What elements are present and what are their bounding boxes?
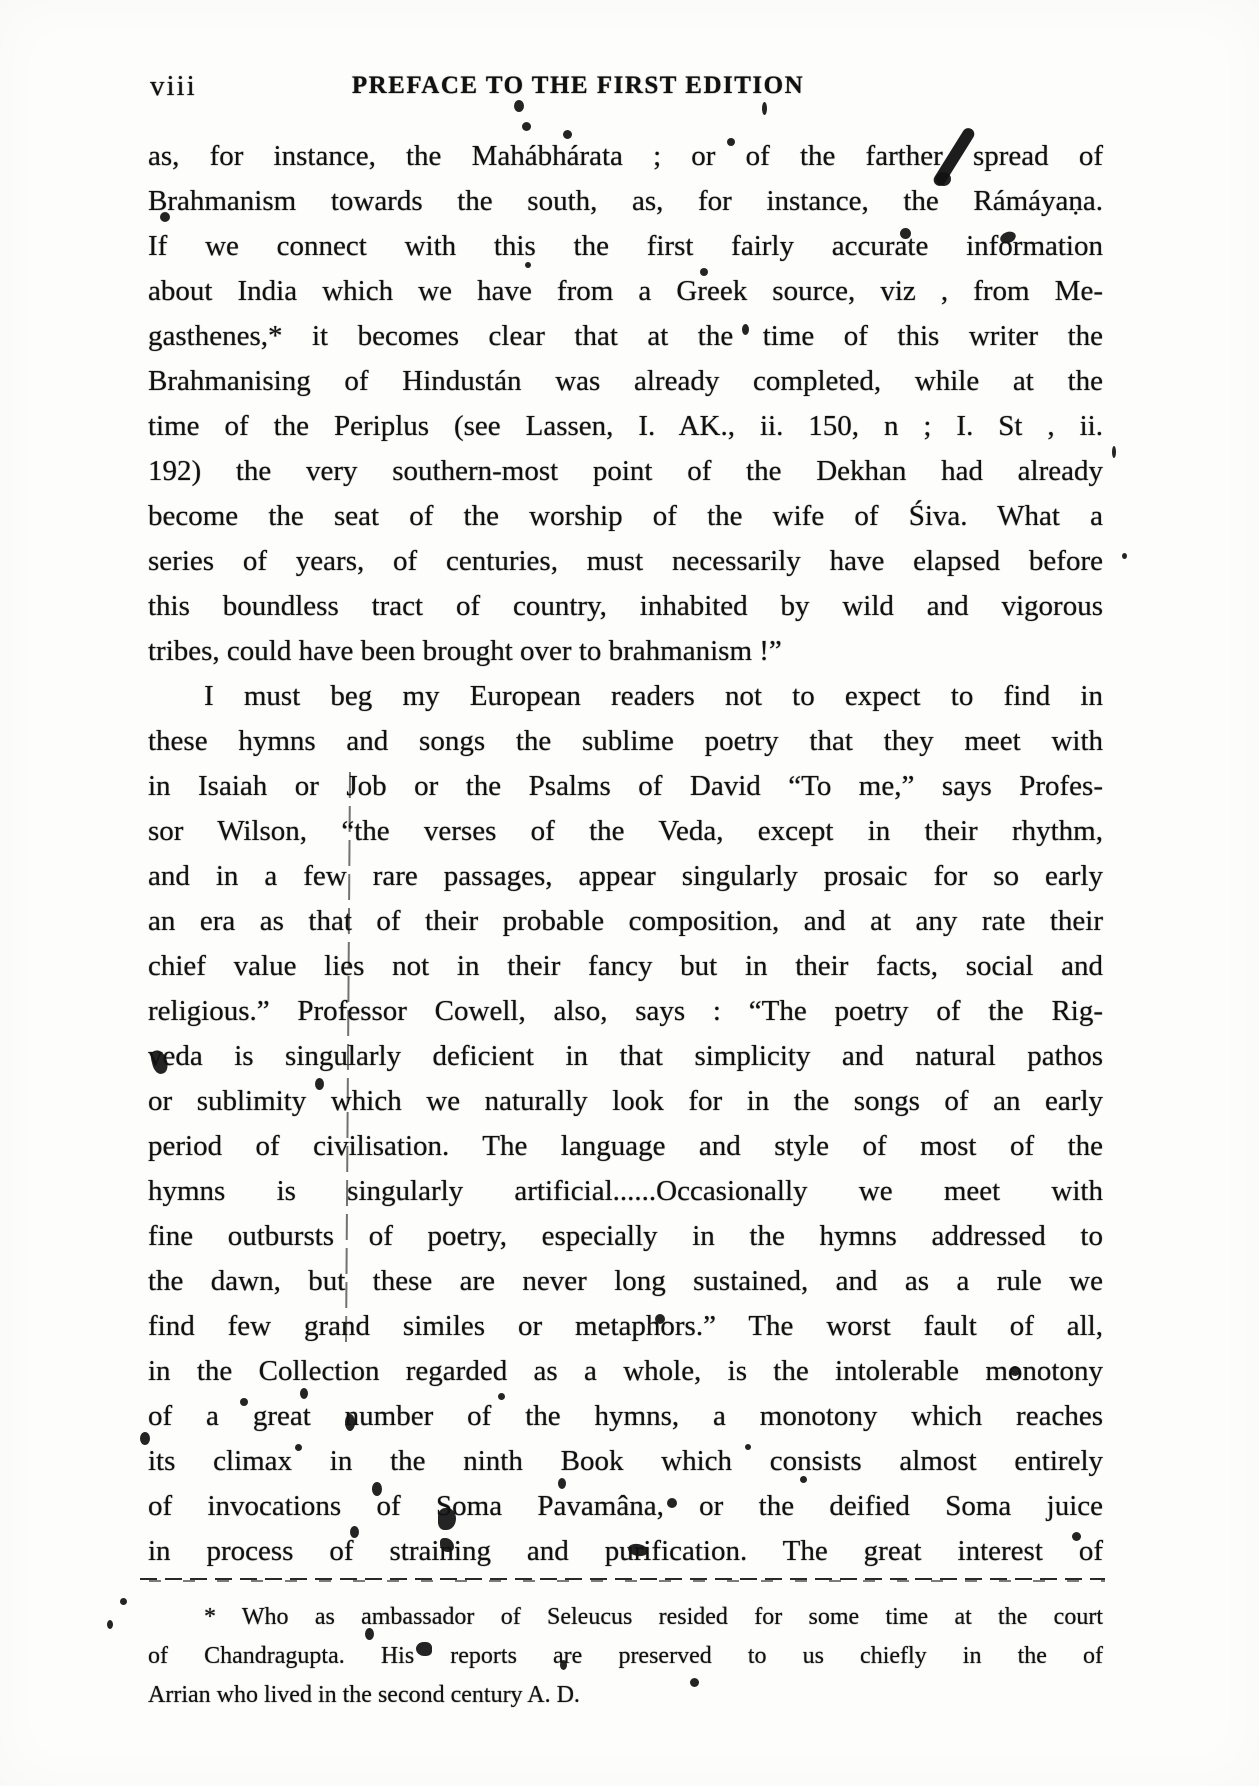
ink-blot <box>295 1444 302 1451</box>
ink-blot <box>514 100 524 112</box>
ink-blot <box>700 268 708 276</box>
paragraph-2-line-10: or sublimity which we naturally look for… <box>148 1079 1103 1124</box>
ink-blot <box>372 1482 382 1496</box>
paragraph-2-line-11: period of civilisation. The language and… <box>148 1124 1103 1169</box>
body-text: as, for instance, the Mahábhárata ; or o… <box>148 134 1103 1574</box>
ink-blot <box>120 1598 127 1605</box>
ink-blot <box>690 1678 699 1687</box>
paragraph-2-line-9: veda is singularly deficient in that sim… <box>148 1034 1103 1079</box>
ink-blot <box>560 1660 567 1670</box>
paragraph-1-line-4: about India which we have from a Greek s… <box>148 269 1103 314</box>
paragraph-2-line-6: an era as that of their probable composi… <box>148 899 1103 944</box>
paragraph-1-line-11: this boundless tract of country, inhabit… <box>148 584 1103 629</box>
paragraph-1-line-2: Brahmanism towards the south, as, for in… <box>148 179 1103 224</box>
paragraph-2-line-18: its climax in the ninth Book which consi… <box>148 1439 1103 1484</box>
paragraph-1-line-8: 192) the very southern-most point of the… <box>148 449 1103 494</box>
paragraph-2-line-3: in Isaiah or Job or the Psalms of David … <box>148 764 1103 809</box>
paragraph-2-line-13: fine outbursts of poetry, especially in … <box>148 1214 1103 1259</box>
paragraph-1-line-9: become the seat of the worship of the wi… <box>148 494 1103 539</box>
book-page-scan: viii PREFACE TO THE FIRST EDITION as, fo… <box>0 0 1259 1786</box>
ink-blot <box>365 1628 374 1640</box>
ink-blot <box>655 1314 665 1324</box>
ink-blot <box>498 1393 505 1400</box>
paragraph-2-line-16: in the Collection regarded as a whole, i… <box>148 1349 1103 1394</box>
paragraph-2-line-19: of invocations of Soma Pavamâna, or the … <box>148 1484 1103 1529</box>
paragraph-1-line-6: Brahmanising of Hindustán was already co… <box>148 359 1103 404</box>
ink-blot <box>140 1432 150 1445</box>
paragraph-2-line-14: the dawn, but these are never long susta… <box>148 1259 1103 1304</box>
ink-blot <box>900 228 911 239</box>
ink-blot <box>742 324 749 335</box>
ink-blot <box>558 1478 566 1489</box>
paragraph-2-line-5: and in a few rare passages, appear singu… <box>148 854 1103 899</box>
ink-blot <box>1112 446 1116 458</box>
paragraph-2: I must beg my European readers not to ex… <box>148 674 1103 1574</box>
footnote-divider <box>140 1578 1105 1582</box>
paragraph-2-line-8: religious.” Professor Cowell, also, says… <box>148 989 1103 1034</box>
paragraph-1-line-7: time of the Periplus (see Lassen, I. AK.… <box>148 404 1103 449</box>
ink-blot <box>522 122 531 131</box>
ink-blot <box>1122 553 1127 559</box>
paragraph-2-line-2: these hymns and songs the sublime poetry… <box>148 719 1103 764</box>
page-title: PREFACE TO THE FIRST EDITION <box>352 72 804 100</box>
ink-blot <box>1072 1532 1081 1541</box>
paragraph-1-line-10: series of years, of centuries, must nece… <box>148 539 1103 584</box>
footnote-line-2: of Chandragupta. His reports are preserv… <box>148 1637 1103 1676</box>
footnote-line-3: Arrian who lived in the second century A… <box>148 1676 1103 1715</box>
ink-blot <box>563 130 572 139</box>
paragraph-1-line-5: gasthenes,* it becomes clear that at the… <box>148 314 1103 359</box>
paragraph-2-line-12: hymns is singularly artificial......Occa… <box>148 1169 1103 1214</box>
paragraph-2-line-15: find few grand similes or metaphors.” Th… <box>148 1304 1103 1349</box>
ink-blot <box>160 212 170 222</box>
ink-blot <box>345 1414 355 1431</box>
ink-blot <box>240 1398 248 1406</box>
ink-blot <box>800 1476 807 1483</box>
paragraph-1-line-3: If we connect with this the first fairly… <box>148 224 1103 269</box>
ink-blot <box>762 102 767 115</box>
ink-blot <box>745 1444 751 1450</box>
ink-blot <box>727 138 735 146</box>
footnote-line-1: * Who as ambassador of Seleucus resided … <box>148 1598 1103 1637</box>
footnote: * Who as ambassador of Seleucus resided … <box>148 1598 1103 1715</box>
paragraph-2-line-1: I must beg my European readers not to ex… <box>148 674 1103 719</box>
ink-blot <box>300 1388 308 1399</box>
paragraph-2-line-17: of a great number of the hymns, a monoto… <box>148 1394 1103 1439</box>
paragraph-1-line-12: tribes, could have been brought over to … <box>148 629 1103 674</box>
ink-blot <box>525 262 531 268</box>
ink-blot <box>315 1078 324 1090</box>
paragraph-2-line-20: in process of straining and purification… <box>148 1529 1103 1574</box>
paragraph-1: as, for instance, the Mahábhárata ; or o… <box>148 134 1103 674</box>
paragraph-2-line-4: sor Wilson, “the verses of the Veda, exc… <box>148 809 1103 854</box>
ink-blot <box>350 1526 359 1538</box>
paragraph-2-line-7: chief value lies not in their fancy but … <box>148 944 1103 989</box>
ink-blot <box>667 1498 677 1508</box>
ink-blot <box>416 1642 432 1656</box>
ink-blot <box>1010 1366 1020 1376</box>
ink-blot <box>936 172 951 186</box>
ink-blot <box>107 1620 113 1629</box>
page-number: viii <box>150 70 197 103</box>
running-header: viii PREFACE TO THE FIRST EDITION <box>0 68 1259 108</box>
